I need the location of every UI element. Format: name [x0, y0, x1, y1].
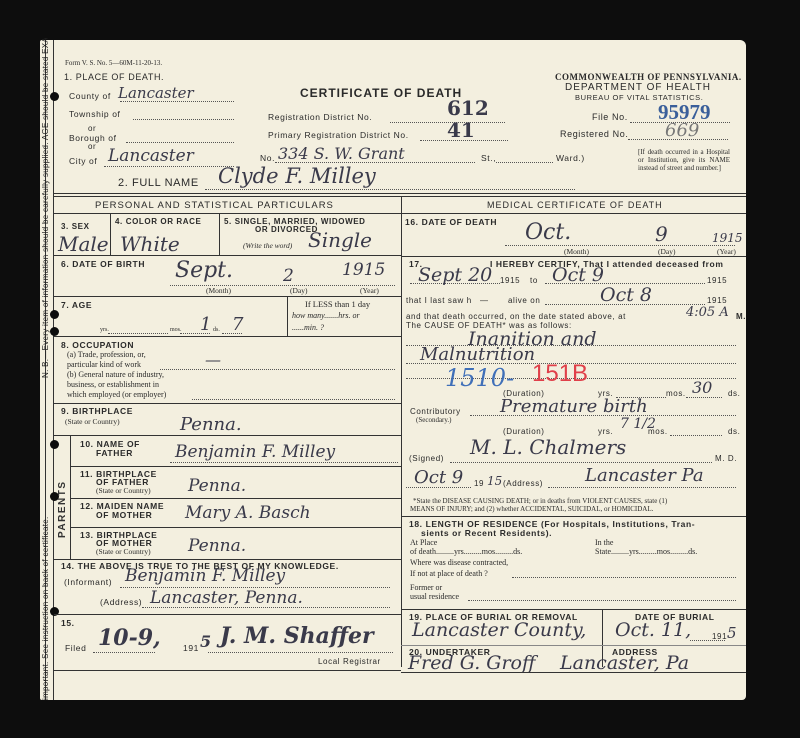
occupation-label: 8. OCCUPATION [61, 340, 134, 350]
occupation-a2: particular kind of work [67, 360, 141, 369]
dod-day-caption: (Day) [658, 247, 676, 256]
sex-label: 3. SEX [61, 222, 90, 231]
signed-line [450, 462, 712, 463]
divider [401, 609, 746, 610]
divider [54, 296, 401, 297]
city-value: Lancaster [108, 146, 194, 166]
medical-section-title: MEDICAL CERTIFICATE OF DEATH [487, 200, 663, 210]
duration-mos-label: mos. [666, 389, 686, 398]
last-saw-label: that I last saw h [406, 296, 472, 305]
binding-hole [50, 310, 59, 319]
father-birthplace-sub: (State or Country) [96, 486, 151, 495]
margin-rule [53, 40, 54, 700]
mother-birthplace-sub: (State or Country) [96, 547, 151, 556]
certificate-title: CERTIFICATE OF DEATH [300, 86, 462, 100]
filing-number: 15. [61, 618, 75, 628]
occupation-value: — [205, 350, 221, 369]
attended-from-year: 1915 [500, 276, 520, 285]
signed-label: (Signed) [409, 454, 444, 463]
county-value: Lancaster [118, 84, 194, 102]
divider [54, 614, 401, 615]
write-word-label: (Write the word) [243, 241, 292, 250]
filed-year-prefix: 191 [183, 643, 199, 653]
signed-address-line [548, 487, 736, 488]
signed-value: M. L. Chalmers [470, 435, 626, 459]
divider [401, 256, 746, 257]
father-name-line [170, 462, 398, 463]
st-label: St., [481, 153, 496, 163]
occupation-b2: business, or establishment in [67, 380, 159, 389]
death-time: 4:05 A [686, 305, 729, 320]
full-name-label: 2. FULL NAME [118, 177, 199, 189]
occupation-b3: which employed (or employer) [67, 390, 166, 399]
former-label-2: usual residence [410, 592, 459, 601]
divider [70, 527, 401, 528]
divider [54, 559, 401, 560]
dob-day: 2 [283, 266, 294, 286]
street-address-value: 334 S. W. Grant [278, 144, 405, 163]
signed-year-prefix: 19 [474, 479, 484, 488]
mother-maiden-value: Mary A. Basch [185, 503, 311, 523]
filed-date-line [93, 652, 155, 653]
divider [401, 645, 746, 646]
form-id: Form V. S. No. 5—60M-11-20-13. [65, 59, 162, 67]
duration-ds-line [686, 397, 722, 398]
state-label: State.........yrs.........mos.........ds… [595, 547, 697, 556]
occupation-a1: (a) Trade, profession, or, [67, 350, 146, 359]
informant-address-label: (Address) [100, 597, 142, 607]
at-place-label: At Place [410, 538, 437, 547]
mother-birthplace-value: Penna. [188, 536, 246, 556]
footnote-1: *State the DISEASE CAUSING DEATH; or in … [413, 497, 667, 505]
margin-instruction: N. B.—Every item of information should b… [41, 38, 50, 378]
signed-address-value: Lancaster Pa [585, 465, 704, 486]
binding-hole [50, 327, 59, 336]
age-mos-value: 1 [200, 314, 211, 335]
divider [54, 213, 401, 214]
dod-year: 1915 [712, 231, 743, 245]
city-label: City of [69, 156, 97, 166]
contributory-value: Premature birth [500, 396, 648, 417]
filed-label: Filed [65, 643, 86, 653]
alive-on-label: alive on [508, 296, 540, 305]
burial-place-value: Lancaster County, [412, 619, 586, 641]
divider [401, 516, 746, 517]
race-label: 4. COLOR OR RACE [115, 217, 202, 226]
hospital-note: [If death occurred in a Hospital or Inst… [638, 148, 730, 172]
cell-divider [287, 296, 288, 336]
dod-label: 16. DATE OF DEATH [405, 217, 497, 227]
dod-day: 9 [655, 222, 668, 246]
divider [54, 403, 401, 404]
township-label: Township of [69, 109, 121, 119]
full-name-value: Clyde F. Milley [218, 164, 376, 188]
informant-address-value: Lancaster, Penna. [150, 588, 303, 608]
county-label: County of [69, 91, 111, 101]
full-name-line [205, 189, 575, 190]
of-death-label: of death.........yrs.........mos........… [410, 547, 522, 556]
sex-value: Male [58, 232, 109, 256]
duration-ds-label: ds. [728, 389, 740, 398]
registered-no-value: 669 [665, 120, 699, 141]
code-red: 151B [532, 360, 588, 388]
ward-line [496, 162, 553, 163]
or-2: or [88, 142, 96, 151]
signed-year-value: 15 [487, 474, 502, 488]
last-saw-blank: — [480, 296, 489, 305]
mother-maiden-label-2: OF MOTHER [96, 510, 152, 520]
filed-date-value: 10-9, [98, 625, 161, 651]
birthplace-value: Penna. [180, 414, 242, 435]
divider [54, 435, 401, 436]
signed-address-label: (Address) [503, 479, 543, 488]
column-divider [401, 197, 402, 667]
city-line [104, 166, 234, 167]
undertaker-value: Fred G. Groff [408, 652, 535, 674]
dob-month-caption: (Month) [206, 286, 231, 295]
dob-year-caption: (Year) [360, 286, 379, 295]
divider [70, 466, 401, 467]
dod-month-caption: (Month) [564, 247, 589, 256]
contrib-ds-line [670, 435, 722, 436]
occupation-b1: (b) General nature of industry, [67, 370, 164, 379]
divider [401, 213, 746, 214]
occupation-a-line [160, 369, 395, 370]
contrib-ds-label: ds. [728, 427, 740, 436]
registrar-signature: J. M. Shaffer [220, 623, 374, 649]
race-value: White [120, 232, 180, 256]
margin-instruction-text: important. See instruction on back of ce… [41, 516, 50, 700]
burial-date-value: Oct. 11, [615, 619, 691, 641]
divider [54, 193, 746, 194]
contrib-mos-label: mos. [648, 427, 668, 436]
personal-section-title: PERSONAL AND STATISTICAL PARTICULARS [95, 200, 334, 211]
occupation-b-line [192, 399, 395, 400]
father-birthplace-value: Penna. [188, 476, 246, 496]
signed-date-value: Oct 9 [414, 467, 463, 488]
footnote-2: MEANS OF INJURY; and (2) whether ACCIDEN… [410, 505, 653, 513]
in-the-label: In the [595, 538, 613, 547]
binding-hole [50, 440, 59, 449]
attended-to-value: Oct 9 [552, 264, 604, 286]
age-ds-label: ds. [213, 327, 220, 333]
divider [54, 196, 746, 197]
divider [54, 255, 401, 256]
binding-hole [50, 92, 59, 101]
less-than-day-3: ......min. ? [292, 323, 324, 332]
divider [70, 498, 401, 499]
age-label: 7. AGE [61, 300, 92, 310]
street-no-label: No. [260, 153, 275, 163]
file-no-label: File No. [592, 112, 628, 122]
last-saw-year: 1915 [707, 296, 727, 305]
former-residence-line [468, 600, 736, 601]
parents-vertical-label: PARENTS [57, 480, 68, 538]
margin-instruction-2: important. See instruction on back of ce… [41, 516, 50, 700]
father-name-value: Benjamin F. Milley [175, 442, 335, 462]
code-blue: 1510- [445, 364, 514, 392]
commonwealth-label: COMMONWEALTH OF PENNSYLVANIA. [555, 72, 742, 82]
residence-label-2: sients or Recent Residents). [421, 528, 552, 538]
m-label: M. [736, 312, 746, 321]
dod-month: Oct. [525, 220, 571, 245]
primary-reg-district-value: 41 [447, 118, 475, 142]
less-than-day-2: how many.......hrs. or [292, 311, 360, 320]
filed-year-suffix: 5 [200, 632, 211, 651]
attended-from-value: Sept 20 [418, 264, 492, 286]
contributory-label: Contributory [410, 407, 461, 416]
duration-ds-value: 30 [692, 378, 712, 397]
md-label: M. D. [715, 454, 737, 463]
borough-line [126, 142, 234, 143]
dob-month: Sept. [175, 258, 233, 283]
burial-year-prefix: 191 [712, 632, 727, 641]
reg-district-label: Registration District No. [268, 112, 372, 122]
dob-year: 1915 [342, 260, 385, 280]
cause-line-2-value: Malnutrition [420, 344, 535, 365]
undertaker-address-value: Lancaster, Pa [560, 652, 689, 674]
contracted-label-2: If not at place of death ? [410, 569, 488, 578]
township-line [133, 119, 234, 120]
registrar-label: Local Registrar [318, 657, 381, 666]
to-label: to [530, 276, 538, 285]
marital-value: Single [308, 228, 372, 252]
secondary-label: (Secondary.) [416, 416, 452, 424]
birthplace-sub: (State or Country) [65, 417, 120, 426]
registered-no-label: Registered No. [560, 129, 628, 139]
age-yrs-line [108, 333, 168, 334]
dob-label: 6. DATE OF BIRTH [61, 259, 145, 269]
primary-reg-district-label: Primary Registration District No. [268, 130, 409, 140]
or-1: or [88, 124, 96, 133]
last-saw-date: Oct 8 [600, 284, 652, 306]
father-name-label-2: FATHER [96, 448, 133, 458]
birthplace-label: 9. BIRTHPLACE [61, 406, 133, 416]
cell-divider [219, 213, 220, 255]
age-ds-value: 7 [232, 314, 243, 335]
attended-to-year: 1915 [707, 276, 727, 285]
place-of-death-label: 1. PLACE OF DEATH. [64, 72, 164, 82]
contracted-line [512, 577, 736, 578]
cell-divider [110, 213, 111, 255]
informant-value: Benjamin F. Milley [125, 566, 285, 586]
department-label: DEPARTMENT OF HEALTH [565, 82, 711, 93]
dob-day-caption: (Day) [290, 286, 308, 295]
registrar-line [208, 652, 393, 653]
less-than-day-1: If LESS than 1 day [305, 299, 370, 309]
dod-line [505, 245, 735, 246]
dod-year-caption: (Year) [717, 247, 736, 256]
reg-district-value: 612 [447, 96, 489, 120]
certify-text: I HEREBY CERTIFY, That I attended deceas… [490, 259, 724, 269]
burial-year-suffix: 5 [727, 624, 737, 642]
former-label-1: Former or [410, 583, 442, 592]
divider [54, 670, 401, 671]
death-occurred-text: and that death occurred, on the date sta… [406, 312, 626, 321]
divider [401, 672, 746, 673]
divider [54, 336, 401, 337]
informant-label: (Informant) [64, 577, 112, 587]
contracted-label-1: Where was disease contracted, [410, 558, 508, 567]
ward-label: Ward.) [556, 153, 585, 163]
